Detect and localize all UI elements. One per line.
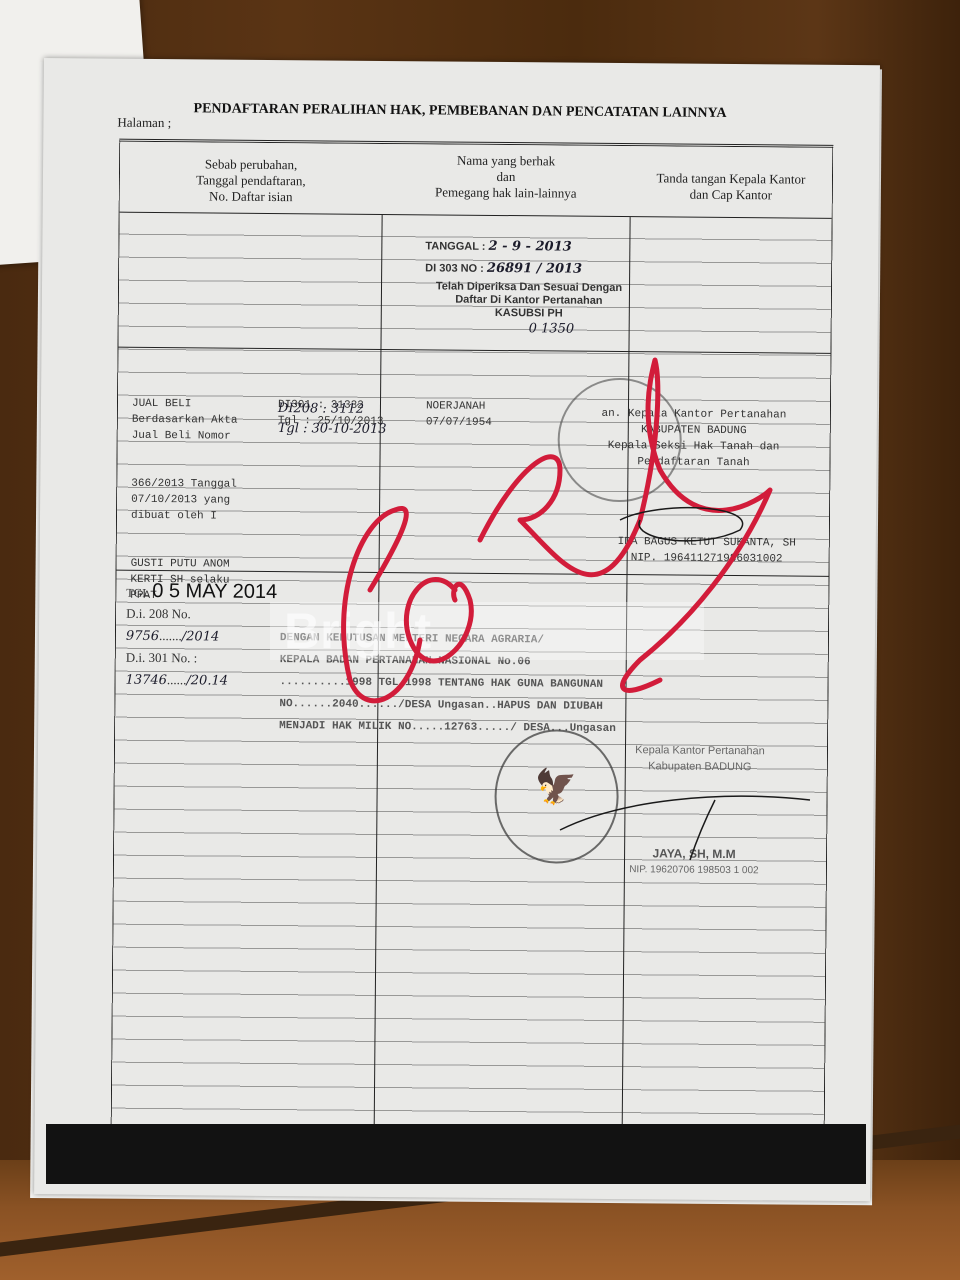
entry3-di301: 13746....../20.14 bbox=[126, 672, 229, 689]
entry2-handwritten: DI208 : 3112Tgl : 30-10-2013 bbox=[278, 399, 387, 440]
header-signature: Tanda tangan Kepala Kantordan Cap Kantor bbox=[630, 170, 832, 204]
entry1-handwritten-code: 0 1350 bbox=[529, 321, 575, 336]
national-emblem-stamp: 🦅 bbox=[494, 729, 619, 864]
entry3-di208-label: D.i. 208 No. bbox=[126, 606, 191, 623]
entry2-signatory: IDA BAGUS KETUT SUKANTA, SHNIP. 19641127… bbox=[596, 502, 817, 600]
entry3-nip: NIP. 19620706 198503 1 002 bbox=[594, 864, 794, 877]
table-header: Sebab perubahan,Tanggal pendaftaran,No. … bbox=[120, 142, 833, 219]
entry3-signatory: JAYA, SH, M.M bbox=[594, 846, 794, 862]
garuda-emblem-icon: 🦅 bbox=[534, 767, 577, 807]
watermark-overlay: Bright bbox=[270, 602, 704, 660]
entry3-di301-label: D.i. 301 No. : bbox=[126, 650, 198, 667]
page-number-label: Halaman ; bbox=[117, 115, 171, 131]
entry1-di303: DI 303 NO : 26891 / 2013 bbox=[425, 260, 582, 276]
entry2-owner: NOERJANAH07/07/1954 bbox=[425, 366, 492, 463]
entry3-di208: 9756......./2014 bbox=[126, 628, 219, 645]
header-holder: Nama yang berhakdanPemegang hak lain-lai… bbox=[382, 152, 630, 202]
document-title: PENDAFTARAN PERALIHAN HAK, PEMBEBANAN DA… bbox=[193, 101, 726, 122]
header-cause: Sebab perubahan,Tanggal pendaftaran,No. … bbox=[120, 156, 382, 206]
entry3-date: TGL 0 5 MAY 2014 bbox=[126, 580, 277, 604]
entry3-official: Kepala Kantor PertanahanKabupaten BADUNG bbox=[615, 742, 785, 775]
entry1-verification: Telah Diperiksa Dan Sesuai DenganDaftar … bbox=[419, 280, 639, 321]
entry2-official: an. Kepala Kantor PertanahanKABUPATEN BA… bbox=[573, 374, 814, 504]
redaction-bar bbox=[46, 1124, 866, 1184]
entry1-tanggal: TANGGAL : 2 - 9 - 2013 bbox=[425, 238, 571, 254]
